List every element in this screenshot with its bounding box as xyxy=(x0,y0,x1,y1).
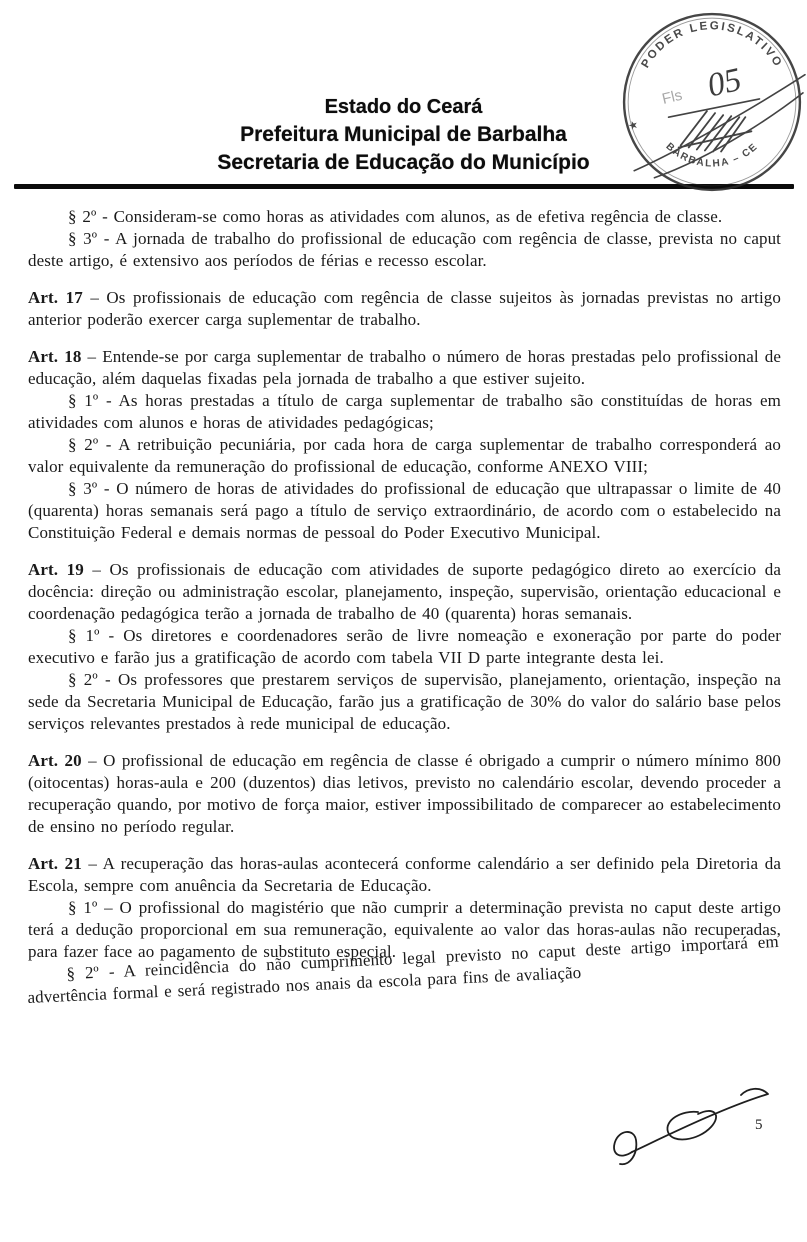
stamp-folio-label: Fls xyxy=(660,87,684,108)
article-number: Art. 18 xyxy=(28,347,81,366)
page-number: 5 xyxy=(755,1117,763,1134)
section-paragraph: § 3º - O número de horas de atividades d… xyxy=(28,478,781,544)
article-paragraph: Art. 20 – O profissional de educação em … xyxy=(28,750,781,838)
article-paragraph: Art. 17 – Os profissionais de educação c… xyxy=(28,287,781,331)
document-body-text: § 2º - Consideram-se como horas as ativi… xyxy=(28,206,781,1009)
stamp-top-arc-text: PODER LEGISLATIVO xyxy=(639,19,786,70)
stamp-bottom-arc-text: BARBALHA – CE xyxy=(663,141,760,170)
section-paragraph: § 2º - Consideram-se como horas as ativi… xyxy=(28,206,781,228)
article-number: Art. 20 xyxy=(28,751,82,770)
section-paragraph: § 3º - A jornada de trabalho do profissi… xyxy=(28,228,781,272)
article-number: Art. 17 xyxy=(28,288,83,307)
article-paragraph: Art. 19 – Os profissionais de educação c… xyxy=(28,559,781,625)
section-paragraph: § 2º - Os professores que prestarem serv… xyxy=(28,669,781,735)
article-paragraph: Art. 18 – Entende-se por carga suplement… xyxy=(28,346,781,390)
article-number: Art. 21 xyxy=(28,854,82,873)
section-paragraph: § 1º - As horas prestadas a título de ca… xyxy=(28,390,781,434)
section-paragraph: § 1º - Os diretores e coordenadores serã… xyxy=(28,625,781,669)
stamp-folio-number-handwritten: 05 xyxy=(704,61,745,105)
article-number: Art. 19 xyxy=(28,560,84,579)
stamp-hatch-scribble xyxy=(679,111,752,151)
section-paragraph: § 2º - A retribuição pecuniária, por cad… xyxy=(28,434,781,478)
scanned-document-page: Estado do Ceará Prefeitura Municipal de … xyxy=(0,0,807,1242)
article-paragraph: Art. 21 – A recuperação das horas-aulas … xyxy=(28,853,781,897)
legislative-seal-stamp: PODER LEGISLATIVO BARBALHA – CE ★ Fls 05 xyxy=(616,6,807,198)
